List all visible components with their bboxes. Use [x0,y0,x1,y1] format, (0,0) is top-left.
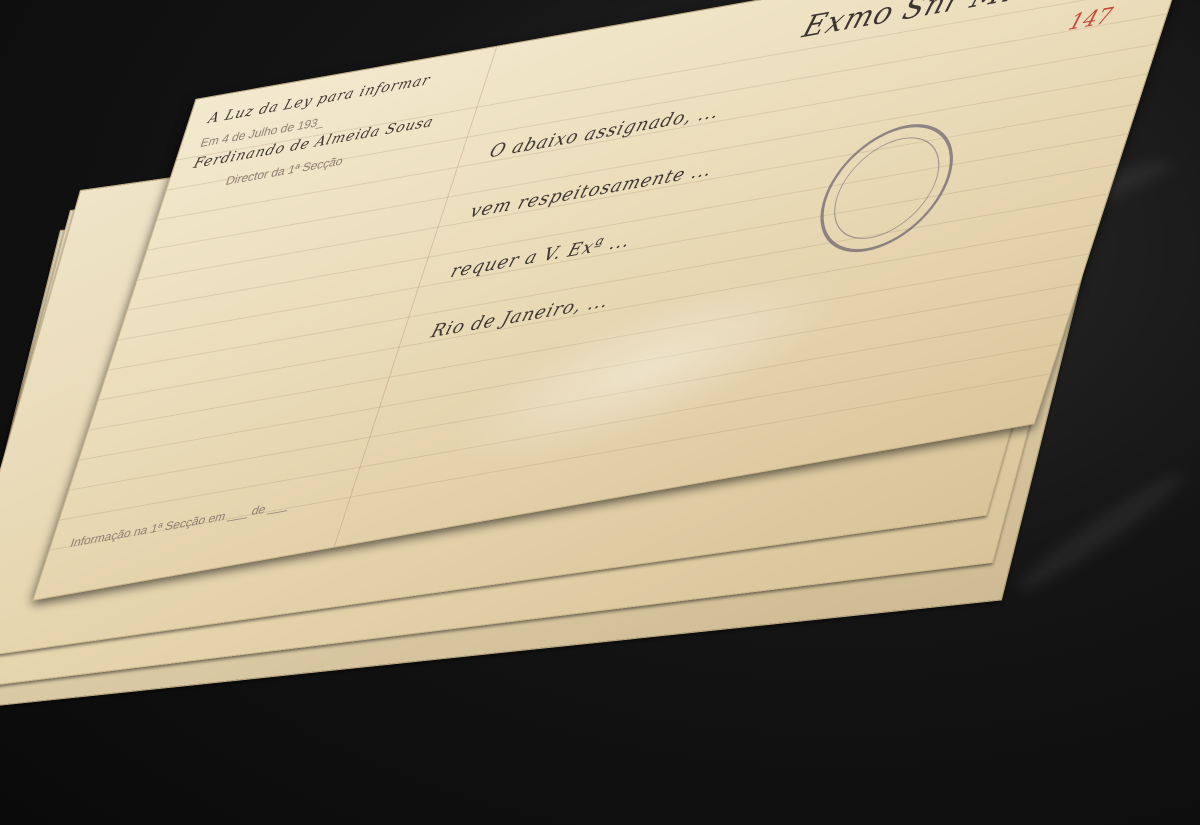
photo-scene: A Luz da Ley para informar Em 4 de Julho… [0,0,1200,825]
printed-footer: Informação na 1ª Secção em ___ de ___ [69,498,291,550]
marble-streak [1011,465,1189,600]
red-annotation: 147 [1065,4,1115,36]
body-line: O abaixo assignado, ... [487,101,723,162]
